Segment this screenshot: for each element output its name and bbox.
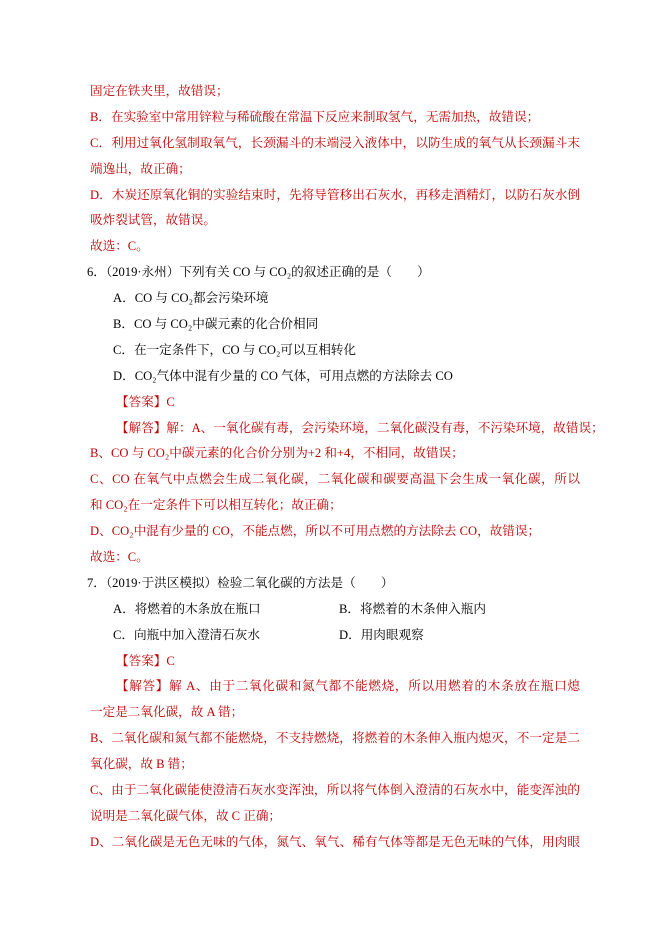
document-content: 固定在铁夹里，故错误；B．在实验室中常用锌粒与稀硫酸在常温下反应来制取氢气，无需… — [0, 79, 661, 856]
q6-stem: 6．（2019·永州）下列有关 CO 与 CO₂的叙述正确的是（ ） — [0, 260, 661, 286]
q6-option-b: B．CO 与 CO₂中碳元素的化合价相同 — [0, 312, 661, 338]
q6-explanation-line-1: 【解答】解：A、一氧化碳有毒，会污染环境，二氧化碳没有毒，不污染环境，故错误； — [0, 416, 661, 442]
q5-explanation-line-1: 固定在铁夹里，故错误； — [0, 79, 661, 105]
q6-explanation-line-2: B、CO 与 CO₂中碳元素的化合价分别为+2 和+4，不相同，故错误； — [0, 441, 661, 467]
q7-explanation-line-7: D、二氧化碳是无色无味的气体，氮气、氧气、稀有气体等都是无色无味的气体，用肉眼 — [0, 830, 661, 856]
q6-option-a: A．CO 与 CO₂都会污染环境 — [0, 286, 661, 312]
q7-stem: 7．（2019·于洪区模拟）检验二氧化碳的方法是（ ） — [0, 571, 661, 597]
q6-option-d: D．CO₂气体中混有少量的 CO 气体，可用点燃的方法除去 CO — [0, 364, 661, 390]
q7-answer: 【答案】C — [0, 649, 661, 675]
q6-explanation-line-3: C、CO 在氧气中点燃会生成二氧化碳，二氧化碳和碳要高温下会生成一氧化碳，所以 … — [0, 467, 661, 493]
q7-option-a: A．将燃着的木条放在瓶口 — [113, 597, 261, 623]
q5-explanation-line-2: B．在实验室中常用锌粒与稀硫酸在常温下反应来制取氢气，无需加热，故错误； — [0, 105, 661, 131]
q6-explanation-line-5: D、CO₂中混有少量的 CO，不能点燃，所以不可用点燃的方法除去 CO，故错误； — [0, 519, 661, 545]
q6-option-c: C．在一定条件下，CO 与 CO₂可以互相转化 — [0, 338, 661, 364]
q6-explanation-line-4: 和 CO₂在一定条件下可以相互转化；故正确； — [0, 493, 661, 519]
q5-explanation-line-4: 端逸出，故正确； — [0, 157, 661, 183]
document-page: 固定在铁夹里，故错误；B．在实验室中常用锌粒与稀硫酸在常温下反应来制取氢气，无需… — [0, 0, 661, 935]
q6-answer: 【答案】C — [0, 390, 661, 416]
q7-options-row-ab: A．将燃着的木条放在瓶口B．将燃着的木条伸入瓶内 — [0, 597, 661, 623]
q5-explanation-line-5: D．木炭还原氧化铜的实验结束时，先将导管移出石灰水，再移走酒精灯，以防石灰水倒 — [0, 183, 661, 209]
q7-options-row-cd: C．向瓶中加入澄清石灰水D．用肉眼观察 — [0, 623, 661, 649]
q7-explanation-line-1: 【解答】解 A、由于二氧化碳和氮气都不能燃烧，所以用燃着的木条放在瓶口熄灭，不 — [0, 674, 661, 700]
q7-option-b: B．将燃着的木条伸入瓶内 — [339, 597, 486, 623]
q5-answer-select: 故选：C。 — [0, 234, 661, 260]
q7-explanation-line-6: 说明是二氧化碳气体，故 C 正确； — [0, 804, 661, 830]
q7-option-c: C．向瓶中加入澄清石灰水 — [113, 623, 260, 649]
q7-explanation-line-4: 氧化碳，故 B 错； — [0, 752, 661, 778]
q7-option-d: D．用肉眼观察 — [339, 623, 424, 649]
q5-explanation-line-6: 吸炸裂试管，故错误。 — [0, 208, 661, 234]
q7-explanation-line-2: 一定是二氧化碳，故 A 错； — [0, 700, 661, 726]
q6-answer-select: 故选：C。 — [0, 545, 661, 571]
q5-explanation-line-3: C．利用过氧化氢制取氧气，长颈漏斗的末端浸入液体中，以防生成的氧气从长颈漏斗末 — [0, 131, 661, 157]
q7-explanation-line-5: C、由于二氧化碳能使澄清石灰水变浑浊，所以将气体倒入澄清的石灰水中，能变浑浊的 — [0, 778, 661, 804]
q7-explanation-line-3: B、二氧化碳和氮气都不能燃烧，不支持燃烧，将燃着的木条伸入瓶内熄灭，不一定是二 — [0, 726, 661, 752]
